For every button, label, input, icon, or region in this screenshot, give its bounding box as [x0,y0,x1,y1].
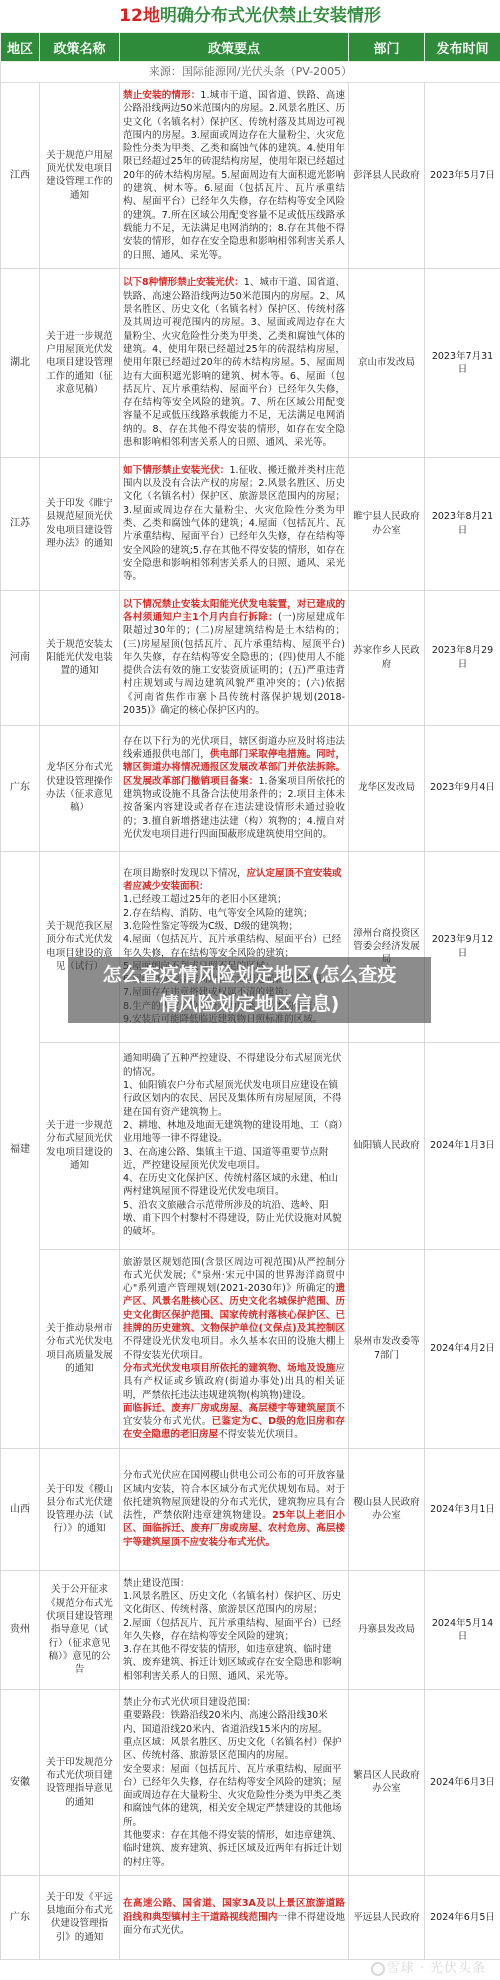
dept-cell: 泉州市发改委等7部门 [349,1249,425,1448]
point-text: 1.征收、搬迁撤并类村庄范围内以及没有合法产权的房屋；2.风景名胜区、历史文化（… [123,465,345,582]
date-cell: 2024年6月5日 [425,1875,500,1959]
dept-cell: 繁昌区人民政府办公室 [349,1690,425,1876]
dept-cell: 丹寨县发改局 [349,1570,425,1689]
dept-cell: 仙阳镇人民政府 [349,1042,425,1249]
table-row: 湖北 关于进一步规范户用屋顶光伏发电项目建设管理工作的通知（征求意见稿） 以下8… [1,268,500,457]
list-item: 2.屋面（包括瓦片、瓦片承重结构、屋面平台）已经年久失修，存在结构等安全风险的建… [123,1618,341,1642]
list-item: 3.危险性鉴定等级为C级、D级的建筑物； [123,921,298,932]
dept-cell: 龙华区发改局 [349,725,425,851]
list-item: 1.风景名胜区、历史文化（名镇名村）保护区、历史文化街区、传统村落、旅游景区范围… [123,1591,341,1615]
policy-name-cell: 关于推动泉州市分布式光伏发电项目高质量发展的通知 [40,1249,120,1448]
table-row: 关于推动泉州市分布式光伏发电项目高质量发展的通知 旅游景区规划范围(含景区周边可… [1,1249,500,1448]
highlight-text: 面临拆迁、废弃厂房或房屋、高层楼宇等建筑屋顶 [123,1403,335,1414]
region-cell: 广东 [1,1875,40,1959]
date-cell: 2024年3月1日 [425,1448,500,1570]
list-item: 禁止分布式光伏项目建设范围： [123,1697,256,1708]
dept-cell: 睢宁县人民政府办公室 [349,457,425,590]
page-title: 12地明确分布式光伏禁止安装情形 [0,0,500,32]
dept-cell: 稷山县人民政府办公室 [349,1448,425,1570]
list-item: 1、仙阳镇农户分布式屋顶光伏发电项目应建设在镇行政区划内的农民、居民及集体所有房… [123,1080,342,1118]
list-item: 重点区域：风景名胜区、历史文化（名镇名村）保护区、传统村落、旅游景区范围内的房屋… [123,1737,342,1761]
title-highlight: 12地 [119,6,160,26]
region-cell: 山西 [1,1448,40,1570]
highlight-text: 以下8种情形禁止安装光伏： [123,277,244,288]
region-cell: 安徽 [1,1690,40,1876]
dept-cell: 平远县人民政府 [349,1875,425,1959]
date-cell: 2024年1月3日 [425,1042,500,1249]
snowball-logo-icon [371,1962,385,1976]
list-item: 4、在历史文化保护区、传统村落区域的永建、柏山两村建筑屋顶不得建设光伏发电项目。 [123,1173,338,1197]
policy-points-cell: 禁止分布式光伏项目建设范围： 重要路段：铁路沿线20米内、高速公路沿线30米内、… [120,1690,349,1876]
point-text: 1.城市干道、国省道、铁路、高速公路沿线两边50米范围内的房屋。2.风景名胜区、… [123,90,345,261]
date-cell: 2023年7月31日 [425,268,500,457]
logo-text: 雪球 · 光伏头条 [387,1961,486,1976]
highlight-text: 禁止安装的情形： [123,90,200,101]
policy-name-cell: 关于印发《稷山县分布式光伏建设管理办法（试行）》的通知 [40,1448,120,1570]
table-row: 江苏 关于印发《睢宁县规范屋顶光伏发电项目建设管理办法》的通知 如下情形禁止安装… [1,457,500,590]
col-dept: 部门 [349,33,425,62]
date-cell: 2023年8月21日 [425,457,500,590]
policy-points-cell: 以下8种情形禁止安装光伏：1、城市干道、国省道、铁路、高速公路沿线两边50米范围… [120,268,349,457]
policy-points-cell: 存在以下行为的光伏项目，辖区街道办应及时将违法线索通报供电部门，供电部门采取停电… [120,725,349,851]
col-date: 发布时间 [425,33,500,62]
table-row: 关于进一步规范分布式屋顶光伏发电项目建设的通知 通知明确了五种严控建设、不得建设… [1,1042,500,1249]
col-policy-points: 政策要点 [120,33,349,62]
date-cell: 2023年9月12日 [425,851,500,1042]
date-cell: 2024年6月3日 [425,1690,500,1876]
policy-points-cell: 如下情形禁止安装光伏：1.征收、搬迁撤并类村庄范围内以及没有合法产权的房屋；2.… [120,457,349,590]
date-cell: 2024年5月14日 [425,1570,500,1689]
policy-points-cell: 以下情况禁止安装太阳能光伏发电装置，对已建成的各村须通知户主1个月内自行拆除：(… [120,590,349,725]
date-cell: 2023年8月29日 [425,590,500,725]
policy-name-cell: 关于进一步规范户用屋顶光伏发电项目建设管理工作的通知（征求意见稿） [40,268,120,457]
date-cell: 2024年4月2日 [425,1249,500,1448]
policy-points-cell: 通知明确了五种严控建设、不得建设分布式屋顶光伏的情况。 1、仙阳镇农户分布式屋顶… [120,1042,349,1249]
policy-name-cell: 关于印发《平远县地面分布式光伏建设管理指引》的通知 [40,1875,120,1959]
source-note: 来源：国际能源网/光伏头条（PV-2005） [1,62,500,83]
dept-cell: 彭泽县人民政府 [349,83,425,269]
dept-cell: 京山市发改局 [349,268,425,457]
policy-name-cell: 关于规范户用屋顶光伏发电项目建设管理工作的通知 [40,83,120,269]
region-cell: 河南 [1,590,40,725]
table-row: 广东 关于印发《平远县地面分布式光伏建设管理指引》的通知 在高速公路、国省道、国… [1,1875,500,1959]
policy-name-cell: 关于进一步规范分布式屋顶光伏发电项目建设的通知 [40,1042,120,1249]
list-item: 安全要求：屋面（包括瓦片、瓦片承重结构、屋面平台）已经年久失修，存在结构等安全风… [123,1764,342,1828]
highlight-text: 分布式光伏发电项目所依托的建筑物、场地及设施 [123,1363,335,1374]
col-region: 地区 [1,33,40,62]
table-row: 安徽 关于印发规范分布式光伏项目建设管理指导意见的通知 禁止分布式光伏项目建设范… [1,1690,500,1876]
table-row: 江西 关于规范户用屋顶光伏发电项目建设管理工作的通知 禁止安装的情形：1.城市干… [1,83,500,269]
list-item: 重要路段：铁路沿线20米内、高速公路沿线30米内、国道沿线20米内、省道沿线15… [123,1710,328,1734]
dept-cell: 苏家作乡人民政府 [349,590,425,725]
table-row: 河南 关于规范安装太阳能光伏发电装置的通知 以下情况禁止安装太阳能光伏发电装置，… [1,590,500,725]
policy-points-cell: 在高速公路、国省道、国家3A及以上景区旅游道路沿线和典型镇村主干道路视线范围内一… [120,1875,349,1959]
list-item: 3.存在其他不得安装的情形，如违章建筑、临时建筑、废弃建筑、拆迁计划区域或存在安… [123,1644,342,1682]
region-cell: 贵州 [1,1570,40,1689]
list-item: 1.已经竣工超过25年的老旧小区建筑； [123,894,287,905]
overlay-line-1: 怎么查疫情风险划定地区(怎么查疫 [68,961,431,990]
overlay-line-2: 情风险划定地区信息) [68,990,431,1019]
list-item: 4.屋面（包括瓦片、瓦片承重结构、屋面平台）已经年久失修，存在结构等安全风险的建… [123,934,341,958]
date-cell: 2023年5月7日 [425,83,500,269]
list-item: 3、在高速公路、集镇主干道、国道等重要节点附近，严控建设屋顶光伏发电项目。 [123,1147,329,1171]
region-cell: 江西 [1,83,40,269]
point-text: 旅游景区规划范围(含景区周边可视范围)从严控制分布式光伏发展;《"泉州·宋元中国… [123,1257,345,1295]
policy-name-cell: 关于印发规范分布式光伏项目建设管理指导意见的通知 [40,1690,120,1876]
policy-name-cell: 关于公开征求《规范分布式光伏项目建设管理指导意见（试行）（征求意见稿）》意见的公… [40,1570,120,1689]
region-cell: 福建 [1,851,40,1448]
date-cell: 2023年9月4日 [425,725,500,851]
highlight-text: 如下情形禁止安装光伏： [123,465,229,476]
title-rest: 明确分布式光伏禁止安装情形 [160,6,381,26]
policy-name-cell: 龙华区分布式光伏建设管理操作办法（征求意见稿） [40,725,120,851]
point-text: 不得安装光伏项目。 [218,1429,304,1440]
region-cell: 湖北 [1,268,40,457]
list-item: 5、沿农文旅融合示范带所涉及的坑沿、选岭、阳墩、甫下四个村黎村不得建设，防止光伏… [123,1200,342,1238]
list-item: 禁止建设范围： [123,1578,190,1589]
overlay-caption: 怎么查疫情风险划定地区(怎么查疫 情风险划定地区信息) [68,957,431,1023]
policy-points-cell: 禁止安装的情形：1.城市干道、国省道、铁路、高速公路沿线两边50米范围内的房屋。… [120,83,349,269]
table-row: 贵州 关于公开征求《规范分布式光伏项目建设管理指导意见（试行）（征求意见稿）》意… [1,1570,500,1689]
table-row: 山西 关于印发《稷山县分布式光伏建设管理办法（试行）》的通知 分布式光伏应在国网… [1,1448,500,1570]
list-item: 2.存在结构、消防、电气等安全风险的建筑； [123,908,313,919]
table-header: 地区 政策名称 政策要点 部门 发布时间 [1,33,500,62]
point-text: (一)房屋建成年限超过30年的；(二)房屋建筑结构是土木结构的；(三)房屋屋顶(… [123,612,345,716]
policy-points-cell: 分布式光伏应在国网稷山供电公司公布的可开放容量区域内安装，符合本区域分布式光伏规… [120,1448,349,1570]
policy-name-cell: 关于规范安装太阳能光伏发电装置的通知 [40,590,120,725]
col-policy-name: 政策名称 [40,33,120,62]
list-item: 2、耕地、林地及地面无建筑物的建设用地、工（商）业用地等一律不得建设。 [123,1120,343,1144]
region-cell: 江苏 [1,457,40,590]
point-text: 1、城市干道、国省道、铁路、高速公路沿线两边50米范围内的房屋。2、风景名胜区、… [123,277,345,448]
point-text: 不得建设光伏发电项目。永久基本农田的设施大棚上不得安装光伏项目。 [123,1336,345,1360]
watermark-logo: 雪球 · 光伏头条 [371,1957,486,1976]
region-cell: 广东 [1,725,40,851]
policy-name-cell: 关于印发《睢宁县规范屋顶光伏发电项目建设管理办法》的通知 [40,457,120,590]
policy-points-cell: 禁止建设范围： 1.风景名胜区、历史文化（名镇名村）保护区、历史文化街区、传统村… [120,1570,349,1689]
point-text: 在项目勘察时发现以下情况， [123,868,247,879]
policy-points-cell: 旅游景区规划范围(含景区周边可视范围)从严控制分布式光伏发展;《"泉州·宋元中国… [120,1249,349,1448]
list-item: 其他要求：存在其他不得安装的情形，如违章建筑、临时建筑、废弃建筑、拆迁区域及近两… [123,1830,342,1868]
table-row: 广东 龙华区分布式光伏建设管理操作办法（征求意见稿） 存在以下行为的光伏项目，辖… [1,725,500,851]
list-item: 通知明确了五种严控建设、不得建设分布式屋顶光伏的情况。 [123,1053,342,1077]
